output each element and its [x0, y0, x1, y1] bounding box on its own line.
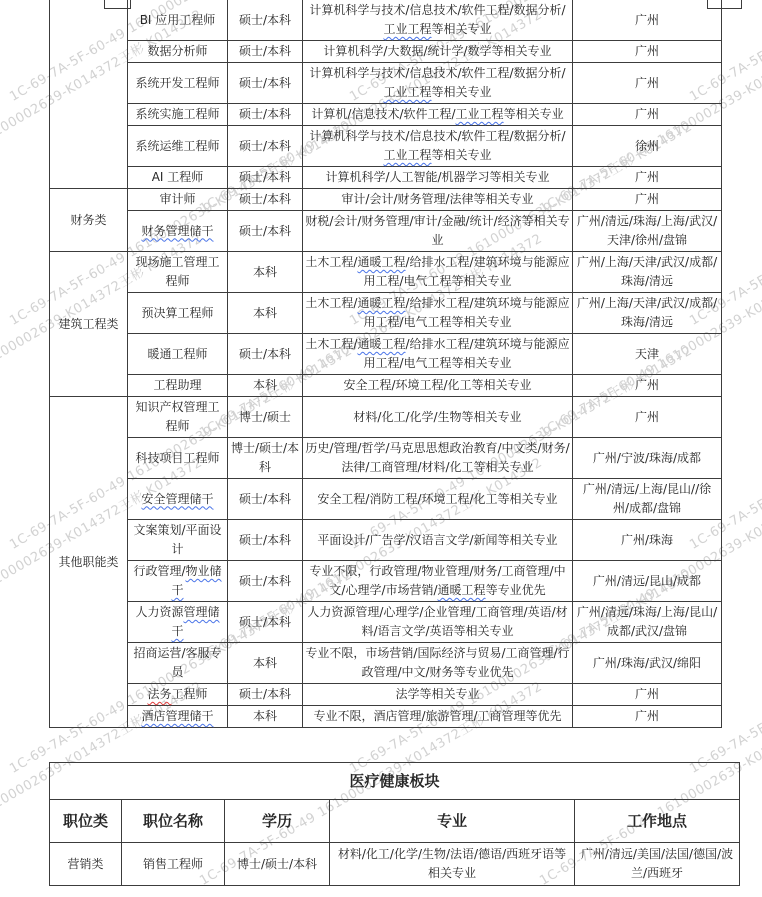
- degree-cell: 硕士/本科: [228, 561, 303, 602]
- degree-cell: 硕士/本科: [228, 211, 303, 252]
- medical-title-row: 医疗健康板块: [50, 763, 740, 800]
- category-cell: 其他职能类: [50, 397, 128, 728]
- degree-cell: 硕士/本科: [228, 126, 303, 167]
- degree-cell: 硕士/本科: [228, 334, 303, 375]
- location-cell: 广州: [573, 63, 722, 104]
- location-cell: 广州: [573, 167, 722, 189]
- table-row: 工程助理本科安全工程/环境工程/化工等相关专业广州: [50, 375, 722, 397]
- location-cell: 广州: [573, 684, 722, 706]
- major-cell: 计算机科学/大数据/统计学/数学等相关专业: [303, 41, 573, 63]
- position-cell: 科技项目工程师: [128, 438, 228, 479]
- major-cell: 历史/管理/哲学/马克思思想政治教育/中文类/财务/法律/工商管理/材料/化工等…: [303, 438, 573, 479]
- degree-cell: 博士/硕士/本科: [228, 438, 303, 479]
- position-cell: 安全管理储干: [128, 479, 228, 520]
- location-cell: 广州/清远/珠海/上海/武汉/天津/徐州/盘锦: [573, 211, 722, 252]
- column-header: 学历: [225, 800, 330, 843]
- position-cell: 系统运维工程师: [128, 126, 228, 167]
- degree-cell: 本科: [228, 643, 303, 684]
- table-row: 建筑工程类现场施工管理工程师本科土木工程/通暖工程/给排水工程/建筑环境与能源应…: [50, 252, 722, 293]
- location-cell: 广州/珠海/武汉/绵阳: [573, 643, 722, 684]
- table-row: 系统运维工程师硕士/本科计算机科学与技术/信息技术/软件工程/数据分析/工业工程…: [50, 126, 722, 167]
- position-cell: AI 工程师: [128, 167, 228, 189]
- location-cell: 广州: [573, 104, 722, 126]
- column-header: 工作地点: [575, 800, 740, 843]
- position-cell: 文案策划/平面设计: [128, 520, 228, 561]
- major-cell: 专业不限，酒店管理/旅游管理/工商管理等优先: [303, 706, 573, 728]
- location-cell: 广州: [573, 189, 722, 211]
- location-cell: 广州/珠海: [573, 520, 722, 561]
- major-cell: 材料/化工/化学/生物/法语/德语/西班牙语等相关专业: [330, 843, 575, 886]
- column-header: 职位名称: [122, 800, 225, 843]
- position-cell: 法务工程师: [128, 684, 228, 706]
- table-row: 系统实施工程师硕士/本科计算机/信息技术/软件工程/工业工程等相关专业广州: [50, 104, 722, 126]
- position-cell: 审计师: [128, 189, 228, 211]
- degree-cell: 硕士/本科: [228, 602, 303, 643]
- degree-cell: 硕士/本科: [228, 684, 303, 706]
- table-row: 文案策划/平面设计硕士/本科平面设计/广告学/汉语言文学/新闻等相关专业广州/珠…: [50, 520, 722, 561]
- position-cell: 知识产权管理工程师: [128, 397, 228, 438]
- location-cell: 广州: [573, 375, 722, 397]
- position-cell: 系统开发工程师: [128, 63, 228, 104]
- major-cell: 人力资源管理/心理学/企业管理/工商管理/英语/材料/语言文学/英语等相关专业: [303, 602, 573, 643]
- location-cell: 天津: [573, 334, 722, 375]
- cutoff-cell-artifact-left: [104, 0, 131, 9]
- degree-cell: 硕士/本科: [228, 0, 303, 41]
- column-header: 专业: [330, 800, 575, 843]
- category-cell: 营销类: [50, 843, 122, 886]
- position-cell: 现场施工管理工程师: [128, 252, 228, 293]
- location-cell: 广州/宁波/珠海/成都: [573, 438, 722, 479]
- major-cell: 土木工程/通暖工程/给排水工程/建筑环境与能源应用工程/电气工程等相关专业: [303, 334, 573, 375]
- location-cell: 广州/上海/天津/武汉/成都/珠海/清远: [573, 293, 722, 334]
- position-cell: 人力资源管理储干: [128, 602, 228, 643]
- position-cell: 酒店管理储干: [128, 706, 228, 728]
- category-cell: [50, 0, 128, 189]
- table-row: 数据分析师硕士/本科计算机科学/大数据/统计学/数学等相关专业广州: [50, 41, 722, 63]
- location-cell: 广州: [573, 41, 722, 63]
- degree-cell: 本科: [228, 252, 303, 293]
- degree-cell: 本科: [228, 706, 303, 728]
- major-cell: 计算机科学与技术/信息技术/软件工程/数据分析/工业工程等相关专业: [303, 0, 573, 41]
- table-row: 系统开发工程师硕士/本科计算机科学与技术/信息技术/软件工程/数据分析/工业工程…: [50, 63, 722, 104]
- column-header: 职位类: [50, 800, 122, 843]
- table-row: 预决算工程师本科土木工程/通暖工程/给排水工程/建筑环境与能源应用工程/电气工程…: [50, 293, 722, 334]
- position-cell: 预决算工程师: [128, 293, 228, 334]
- degree-cell: 硕士/本科: [228, 520, 303, 561]
- position-cell: BI 应用工程师: [128, 0, 228, 41]
- position-cell: 暖通工程师: [128, 334, 228, 375]
- degree-cell: 博士/硕士/本科: [225, 843, 330, 886]
- table-row: 安全管理储干硕士/本科安全工程/消防工程/环境工程/化工等相关专业广州/清远/上…: [50, 479, 722, 520]
- category-cell: 财务类: [50, 189, 128, 252]
- table-row: AI 工程师硕士/本科计算机科学/人工智能/机器学习等相关专业广州: [50, 167, 722, 189]
- major-cell: 平面设计/广告学/汉语言文学/新闻等相关专业: [303, 520, 573, 561]
- major-cell: 计算机/信息技术/软件工程/工业工程等相关专业: [303, 104, 573, 126]
- location-cell: 徐州: [573, 126, 722, 167]
- table-row: 法务工程师硕士/本科法学等相关专业广州: [50, 684, 722, 706]
- degree-cell: 硕士/本科: [228, 167, 303, 189]
- degree-cell: 博士/硕士: [228, 397, 303, 438]
- major-cell: 安全工程/消防工程/环境工程/化工等相关专业: [303, 479, 573, 520]
- major-cell: 安全工程/环境工程/化工等相关专业: [303, 375, 573, 397]
- degree-cell: 硕士/本科: [228, 189, 303, 211]
- table-row: 酒店管理储干本科专业不限，酒店管理/旅游管理/工商管理等优先广州: [50, 706, 722, 728]
- degree-cell: 硕士/本科: [228, 41, 303, 63]
- location-cell: 广州/上海/天津/武汉/成都/珠海/清远: [573, 252, 722, 293]
- table-row: 财务类审计师硕士/本科审计/会计/财务管理/法律等相关专业广州: [50, 189, 722, 211]
- major-cell: 计算机科学/人工智能/机器学习等相关专业: [303, 167, 573, 189]
- major-cell: 专业不限，市场营销/国际经济与贸易/工商管理/行政管理/中文/财务等专业优先: [303, 643, 573, 684]
- major-cell: 专业不限，行政管理/物业管理/财务/工商管理/中文/心理学/市场营销/通暖工程等…: [303, 561, 573, 602]
- major-cell: 计算机科学与技术/信息技术/软件工程/数据分析/工业工程等相关专业: [303, 63, 573, 104]
- category-cell: 建筑工程类: [50, 252, 128, 397]
- degree-cell: 硕士/本科: [228, 104, 303, 126]
- table-row: 其他职能类知识产权管理工程师博士/硕士材料/化工/化学/生物等相关专业广州: [50, 397, 722, 438]
- major-cell: 土木工程/通暖工程/给排水工程/建筑环境与能源应用工程/电气工程等相关专业: [303, 252, 573, 293]
- table-row: 招商运营/客服专员本科专业不限，市场营销/国际经济与贸易/工商管理/行政管理/中…: [50, 643, 722, 684]
- table-row: 人力资源管理储干硕士/本科人力资源管理/心理学/企业管理/工商管理/英语/材料/…: [50, 602, 722, 643]
- position-cell: 行政管理/物业储干: [128, 561, 228, 602]
- major-cell: 土木工程/通暖工程/给排水工程/建筑环境与能源应用工程/电气工程等相关专业: [303, 293, 573, 334]
- location-cell: 广州/清远/美国/法国/德国/波兰/西班牙: [575, 843, 740, 886]
- position-cell: 工程助理: [128, 375, 228, 397]
- medical-health-table: 医疗健康板块 职位类职位名称学历专业工作地点 营销类销售工程师博士/硕士/本科材…: [49, 762, 740, 886]
- document-page: 1C-69-7A-5F-60-49 16100002639-K014372王彬 …: [0, 0, 762, 897]
- location-cell: 广州/清远/珠海/上海/昆山/成都/武汉/盘锦: [573, 602, 722, 643]
- degree-cell: 硕士/本科: [228, 479, 303, 520]
- location-cell: 广州: [573, 0, 722, 41]
- location-cell: 广州: [573, 397, 722, 438]
- major-cell: 材料/化工/化学/生物等相关专业: [303, 397, 573, 438]
- table-row: 行政管理/物业储干硕士/本科专业不限，行政管理/物业管理/财务/工商管理/中文/…: [50, 561, 722, 602]
- table-row: 暖通工程师硕士/本科土木工程/通暖工程/给排水工程/建筑环境与能源应用工程/电气…: [50, 334, 722, 375]
- table-row: BI 应用工程师硕士/本科计算机科学与技术/信息技术/软件工程/数据分析/工业工…: [50, 0, 722, 41]
- degree-cell: 本科: [228, 293, 303, 334]
- position-cell: 销售工程师: [122, 843, 225, 886]
- position-cell: 财务管理储干: [128, 211, 228, 252]
- table-row: 营销类销售工程师博士/硕士/本科材料/化工/化学/生物/法语/德语/西班牙语等相…: [50, 843, 740, 886]
- major-cell: 法学等相关专业: [303, 684, 573, 706]
- cutoff-cell-artifact-right: [707, 0, 742, 9]
- major-cell: 审计/会计/财务管理/法律等相关专业: [303, 189, 573, 211]
- location-cell: 广州/清远/昆山/成都: [573, 561, 722, 602]
- medical-header-row: 职位类职位名称学历专业工作地点: [50, 800, 740, 843]
- position-cell: 系统实施工程师: [128, 104, 228, 126]
- position-cell: 招商运营/客服专员: [128, 643, 228, 684]
- major-cell: 财税/会计/财务管理/审计/金融/统计/经济等相关专业: [303, 211, 573, 252]
- table-row: 财务管理储干硕士/本科财税/会计/财务管理/审计/金融/统计/经济等相关专业广州…: [50, 211, 722, 252]
- degree-cell: 本科: [228, 375, 303, 397]
- location-cell: 广州/清远/上海/昆山//徐州/成都/盘锦: [573, 479, 722, 520]
- job-positions-table: BI 应用工程师硕士/本科计算机科学与技术/信息技术/软件工程/数据分析/工业工…: [49, 0, 722, 728]
- position-cell: 数据分析师: [128, 41, 228, 63]
- location-cell: 广州: [573, 706, 722, 728]
- medical-table-title: 医疗健康板块: [50, 763, 740, 800]
- table-row: 科技项目工程师博士/硕士/本科历史/管理/哲学/马克思思想政治教育/中文类/财务…: [50, 438, 722, 479]
- major-cell: 计算机科学与技术/信息技术/软件工程/数据分析/工业工程等相关专业: [303, 126, 573, 167]
- degree-cell: 硕士/本科: [228, 63, 303, 104]
